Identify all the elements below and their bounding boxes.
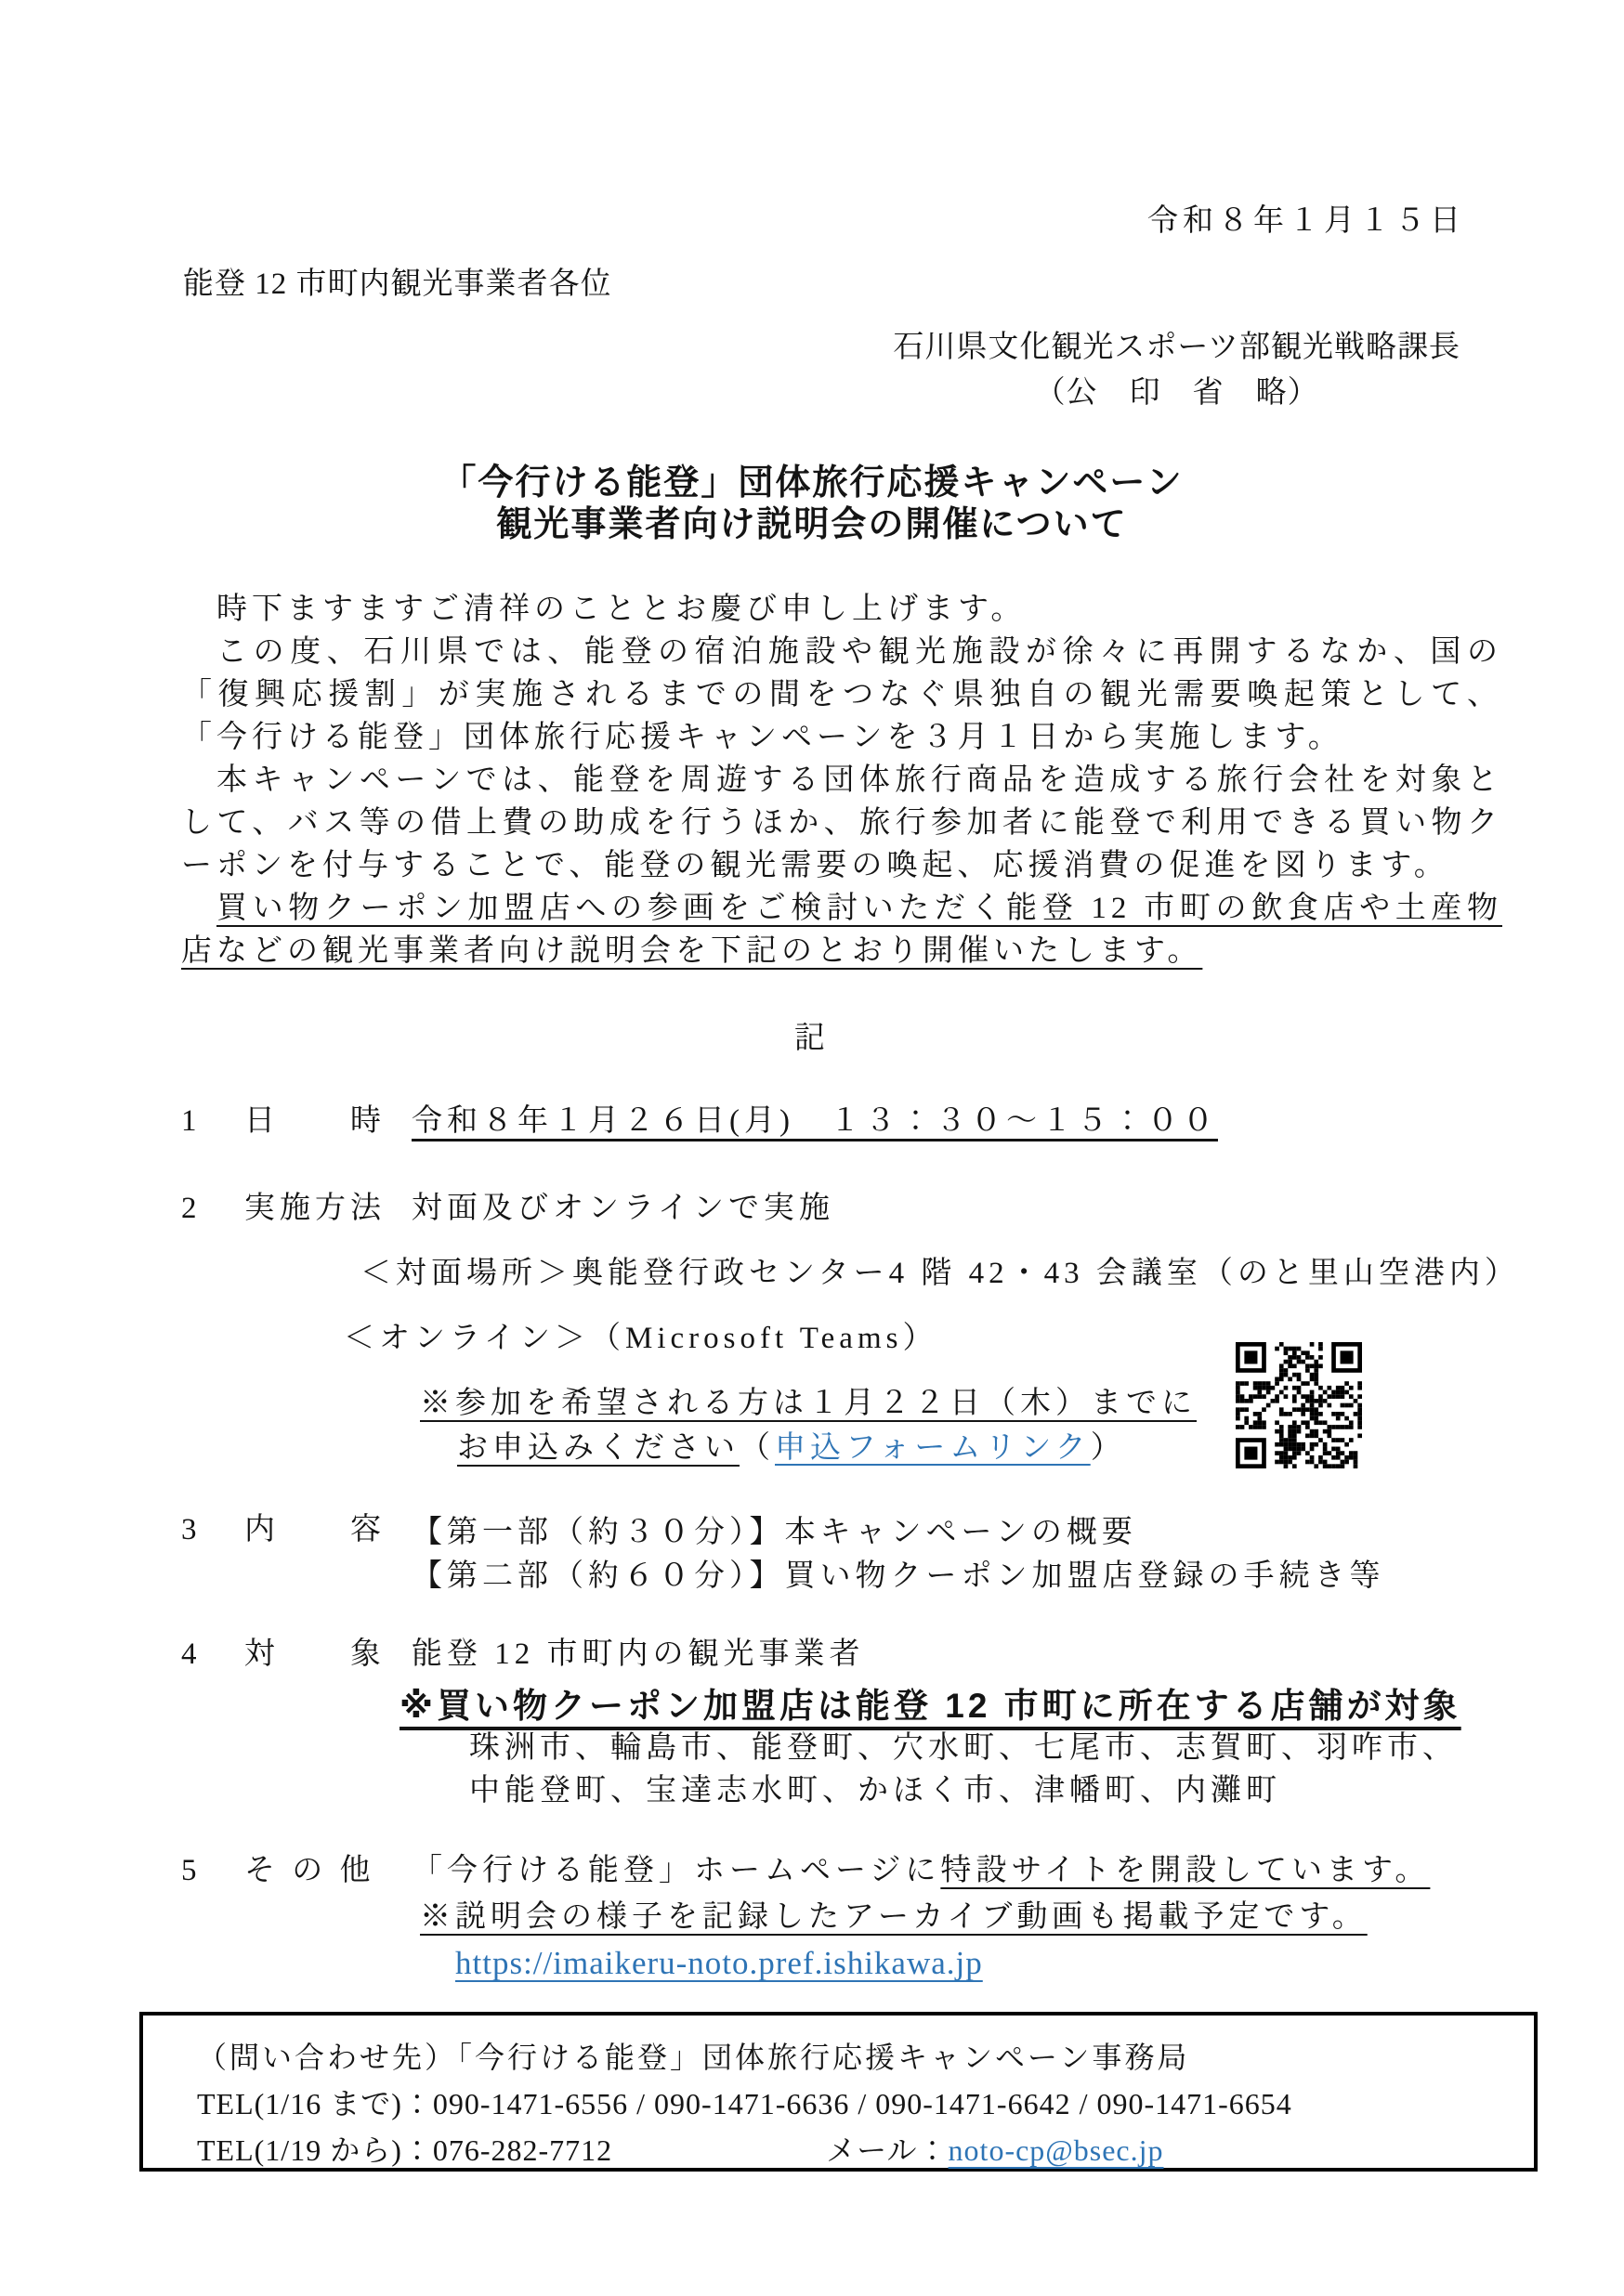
contents-part2: 【第二部（約６０分）】買い物クーポン加盟店登録の手続き等 bbox=[412, 1555, 1385, 1598]
item-label: 実施方法 bbox=[244, 1190, 412, 1227]
contact-title: （問い合わせ先）「今行ける能登」団体旅行応援キャンペーン事務局 bbox=[197, 2034, 1506, 2081]
paragraph-campaign-intro: この度、石川県では、能登の宿泊施設や観光施設が徐々に再開するなか、国の「復興応援… bbox=[181, 631, 1502, 759]
item-number: 4 bbox=[181, 1636, 244, 1673]
contact-email-link[interactable]: noto-cp@bsec.jp bbox=[949, 2133, 1164, 2167]
application-form-link[interactable]: 申込フォームリンク bbox=[775, 1431, 1091, 1465]
sender-title: 石川県文化観光スポーツ部観光戦略課長 bbox=[893, 325, 1460, 371]
paren-close: ） bbox=[1091, 1431, 1126, 1465]
item-other-value: 「今行ける能登」ホームページに特設サイトを開設しています。 bbox=[412, 1854, 1430, 1887]
body-paragraphs: 時下ますますご清祥のこととお慶び申し上げます。 この度、石川県では、能登の宿泊施… bbox=[181, 588, 1502, 972]
item-other: 5そ の 他「今行ける能登」ホームページに特設サイトを開設しています。 bbox=[181, 1852, 1430, 1889]
contact-tel-from: TEL(1/19 から)：076-282-7712メール：noto-cp@bse… bbox=[197, 2127, 1506, 2173]
item-number: 1 bbox=[181, 1102, 244, 1140]
item-label: そ の 他 bbox=[244, 1852, 412, 1889]
item-datetime: 1日 時令和８年１月２６日(月) １３：３０～１５：００ bbox=[181, 1102, 1218, 1140]
item-number: 5 bbox=[181, 1852, 244, 1889]
signup-deadline-note: ※参加を希望される方は１月２２日（木）までに bbox=[420, 1385, 1197, 1422]
contents-part1: 【第一部（約３０分）】本キャンペーンの概要 bbox=[412, 1511, 1385, 1555]
sender-block: 石川県文化観光スポーツ部観光戦略課長 （公 印 省 略） bbox=[893, 325, 1460, 416]
item-contents-value: 【第一部（約３０分）】本キャンペーンの概要 【第二部（約６０分）】買い物クーポン… bbox=[412, 1511, 1385, 1598]
paragraph-campaign-detail: 本キャンペーンでは、能登を周遊する団体旅行商品を造成する旅行会社を対象として、バ… bbox=[181, 759, 1502, 887]
paragraph-briefing-announce: 買い物クーポン加盟店への参画をご検討いただく能登 12 市町の飲食店や土産物店な… bbox=[181, 887, 1502, 972]
signup-form-line: お申込みください（申込フォームリンク） bbox=[457, 1429, 1126, 1467]
recipient-line: 能登 12 市町内観光事業者各位 bbox=[183, 266, 612, 303]
city-list-line1: 珠洲市、輪島市、能登町、穴水町、七尾市、志賀町、羽咋市、 bbox=[469, 1729, 1458, 1767]
coupon-store-note: ※買い物クーポン加盟店は能登 12 市町に所在する店舗が対象 bbox=[399, 1677, 1461, 1728]
item-number: 2 bbox=[181, 1190, 244, 1227]
item-datetime-value: 令和８年１月２６日(月) １３：３０～１５：００ bbox=[412, 1104, 1218, 1138]
item-method: 2実施方法対面及びオンラインで実施 bbox=[181, 1190, 834, 1227]
city-list-line2: 中能登町、宝達志水町、かほく市、津幡町、内灘町 bbox=[469, 1772, 1281, 1809]
item-contents: 3内 容 【第一部（約３０分）】本キャンペーンの概要 【第二部（約６０分）】買い… bbox=[181, 1511, 1385, 1598]
qr-code bbox=[1236, 1342, 1362, 1468]
venue-line: ＜対面場所＞奥能登行政センター4 階 42・43 会議室（のと里山空港内） bbox=[360, 1255, 1520, 1292]
document-title: 「今行ける能登」団体旅行応援キャンペーン 観光事業者向け説明会の開催について bbox=[0, 463, 1624, 546]
item-label: 対 象 bbox=[244, 1636, 412, 1673]
item-number: 3 bbox=[181, 1511, 244, 1548]
ki-heading: 記 bbox=[0, 1020, 1624, 1057]
contact-tel-until: TEL(1/16 まで)：090-1471-6556 / 090-1471-66… bbox=[197, 2081, 1506, 2127]
contact-box: （問い合わせ先）「今行ける能登」団体旅行応援キャンペーン事務局 TEL(1/16… bbox=[139, 2012, 1538, 2172]
archive-video-note: ※説明会の様子を記録したアーカイブ動画も掲載予定です。 bbox=[420, 1898, 1368, 1936]
item-target: 4対 象能登 12 市町内の観光事業者 bbox=[181, 1636, 865, 1673]
online-line: ＜オンライン＞（Microsoft Teams） bbox=[344, 1320, 937, 1357]
special-site-link[interactable]: https://imaikeru-noto.pref.ishikawa.jp bbox=[455, 1945, 983, 1981]
mail-label: メール： bbox=[826, 2133, 948, 2167]
paren-open: （ bbox=[740, 1431, 775, 1465]
document-page: 令和８年１月１５日 能登 12 市町内観光事業者各位 石川県文化観光スポーツ部観… bbox=[0, 0, 1624, 2296]
special-site-url: https://imaikeru-noto.pref.ishikawa.jp bbox=[455, 1945, 983, 1982]
item-label: 日 時 bbox=[244, 1102, 412, 1140]
document-date: 令和８年１月１５日 bbox=[1147, 202, 1465, 240]
seal-omitted-note: （公 印 省 略） bbox=[893, 371, 1460, 416]
paragraph-greeting: 時下ますますご清祥のこととお慶び申し上げます。 bbox=[181, 588, 1502, 631]
item-target-value: 能登 12 市町内の観光事業者 bbox=[412, 1637, 865, 1671]
document-title-line1: 「今行ける能登」団体旅行応援キャンペーン bbox=[0, 463, 1624, 504]
item-method-value: 対面及びオンラインで実施 bbox=[412, 1192, 834, 1225]
document-title-line2: 観光事業者向け説明会の開催について bbox=[0, 504, 1624, 546]
item-label: 内 容 bbox=[244, 1511, 412, 1548]
